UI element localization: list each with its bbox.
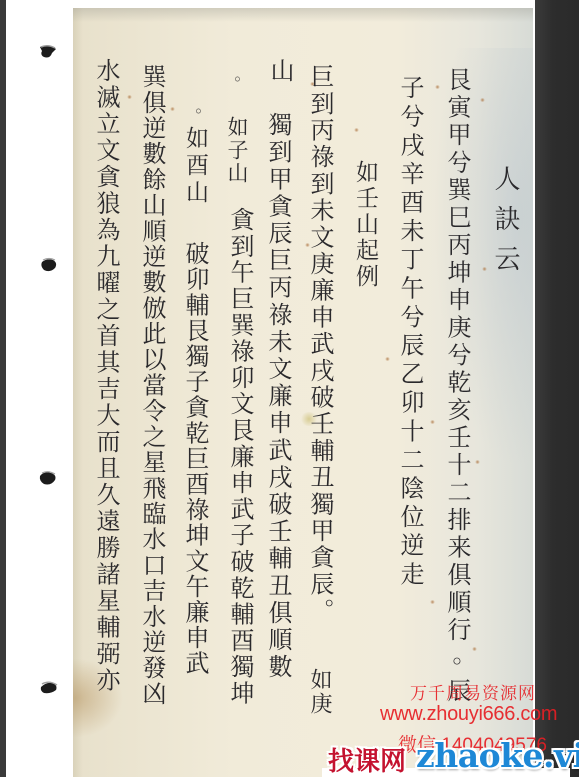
paper-shadow xyxy=(73,8,533,22)
paper-stain xyxy=(482,267,487,271)
text-column: 巽俱逆數餘山順逆數倣此以當令之星飛臨水口吉水逆發凶 xyxy=(140,64,164,707)
scan-border-right xyxy=(535,0,579,777)
watermark-url: www.zhouyi666.com xyxy=(380,703,557,726)
text-column: 破卯輔艮獨子貪乾巨酉祿坤文午廉申武 xyxy=(183,241,207,676)
document-heading: 人訣云 xyxy=(492,165,518,285)
paper-stain xyxy=(480,98,485,102)
example-label: 如酉山 xyxy=(183,126,206,207)
watermark-site-name: 万千周易资源网 xyxy=(410,679,536,704)
paper-stain xyxy=(385,357,390,361)
paper-stain xyxy=(475,460,480,464)
watermark-brand-cn: 找课网 xyxy=(328,741,406,777)
text-column: 巨到丙祿到未文庚廉申武戌破壬輔丑獨甲貪辰。 xyxy=(308,64,332,625)
paper-stain xyxy=(170,107,175,111)
scan-border-left xyxy=(0,0,6,777)
circle-mark: ◦ xyxy=(229,70,245,89)
text-column: 水滅立文貪狼為九曜之首其吉大而且久遠勝諸星輔弼亦 xyxy=(94,58,118,694)
text-column: 子兮戌辛酉未丁午兮辰乙卯十二陰位逆走 xyxy=(398,75,422,590)
punch-hole-icon xyxy=(38,470,58,486)
watermark-brand-en: zhaoke.vip xyxy=(416,736,579,775)
paper-stain xyxy=(472,647,477,651)
circle-mark: ◦ xyxy=(190,102,206,121)
text-column: 獨到甲貪辰巨丙祿未文廉申武戌破壬輔丑俱順數 xyxy=(266,112,290,681)
paper-stain xyxy=(435,85,440,89)
paper-stain xyxy=(430,600,435,604)
text-column: 山 xyxy=(268,58,292,82)
example-label: 如壬山起例 xyxy=(353,160,376,290)
paper-stain xyxy=(127,95,132,99)
punch-hole-icon xyxy=(39,257,59,273)
example-label: 如子山 xyxy=(226,116,247,185)
text-column: 艮寅甲兮巽巳丙坤申庚兮乾亥壬十二排来俱順行 xyxy=(445,67,469,645)
paper-stain xyxy=(430,420,435,424)
example-label: 如庚 xyxy=(308,668,330,716)
punch-hole-icon xyxy=(38,44,58,60)
text-column: 貪到午巨巽祿卯文艮廉申武子破乾輔酉獨坤 xyxy=(228,207,252,707)
punch-hole-icon xyxy=(39,680,59,696)
paper-stain xyxy=(354,128,359,132)
